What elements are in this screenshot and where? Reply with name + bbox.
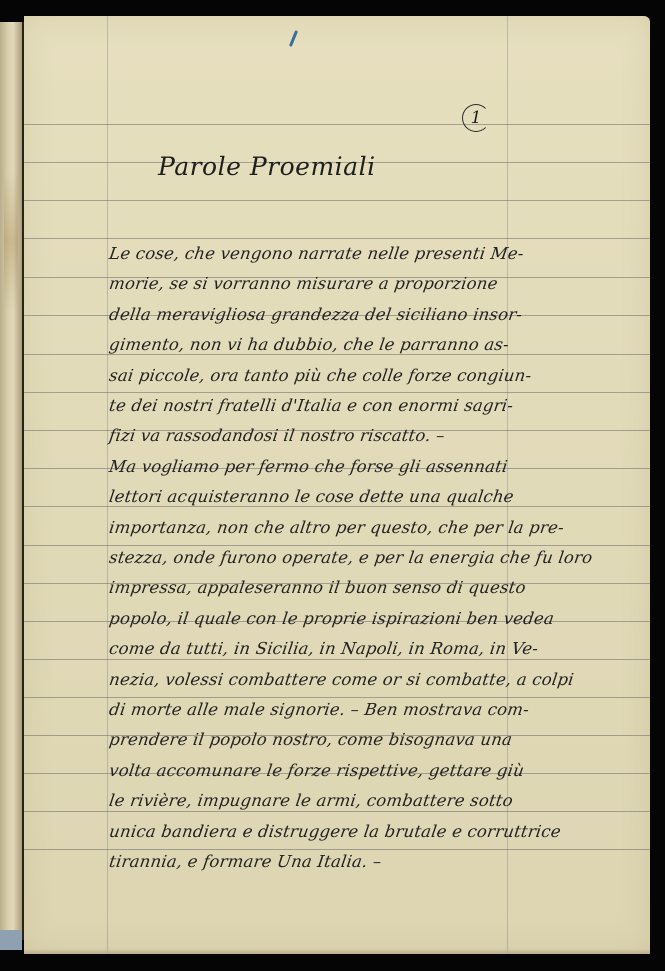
ruled-line [24,659,650,660]
ruled-line [24,392,650,393]
binding-stain [4,172,18,312]
text-line: sai piccole, ora tanto più che colle for… [108,366,656,385]
text-line: prendere il popolo nostro, come bisognav… [108,730,656,749]
text-line: stezza, onde furono operate, e per la en… [108,548,656,567]
binding-tape [0,930,22,950]
notebook-binding [0,22,24,940]
text-line: importanza, non che altro per questo, ch… [108,518,656,537]
text-line: popolo, il quale con le proprie ispirazi… [108,609,656,628]
left-margin-line [107,16,108,954]
text-line: della meravigliosa grandezza del sicilia… [108,305,656,324]
ruled-line [24,200,650,201]
text-line: lettori acquisteranno le cose dette una … [108,487,656,506]
text-line: impressa, appaleseranno il buon senso di… [108,578,656,597]
text-line: volta accomunare le forze rispettive, ge… [108,761,656,780]
text-line: fizi va rassodandosi il nostro riscatto.… [108,426,656,445]
ruled-line [24,506,650,507]
ruled-line [24,697,650,698]
text-line: nezia, volessi combattere come or si com… [108,670,656,689]
text-line: te dei nostri fratelli d'Italia e con en… [108,396,656,415]
text-line: come da tutti, in Sicilia, in Napoli, in… [108,639,656,658]
ruled-line [24,811,650,812]
text-line: unica bandiera e distruggere la brutale … [108,822,656,841]
text-line: tirannia, e formare Una Italia. – [108,852,656,871]
text-line: Le cose, che vengono narrate nelle prese… [108,244,656,263]
text-line: morie, se si vorranno misurare a proporz… [108,274,656,293]
ruled-line [24,849,650,850]
right-margin-line [507,16,508,954]
text-line: Ma vogliamo per fermo che forse gli asse… [108,457,656,476]
page-bottom-edge [24,949,650,954]
ruled-line [24,124,650,125]
page-title: Parole Proemiali [158,152,376,181]
text-line: gimento, non vi ha dubbio, che le parran… [108,335,656,354]
text-line: di morte alle male signorie. – Ben mostr… [108,700,656,719]
page-number: 1 [462,104,490,132]
ruled-line [24,238,650,239]
text-line: le rivière, impugnare le armi, combatter… [108,791,656,810]
ruled-line [24,354,650,355]
ruled-line [24,545,650,546]
